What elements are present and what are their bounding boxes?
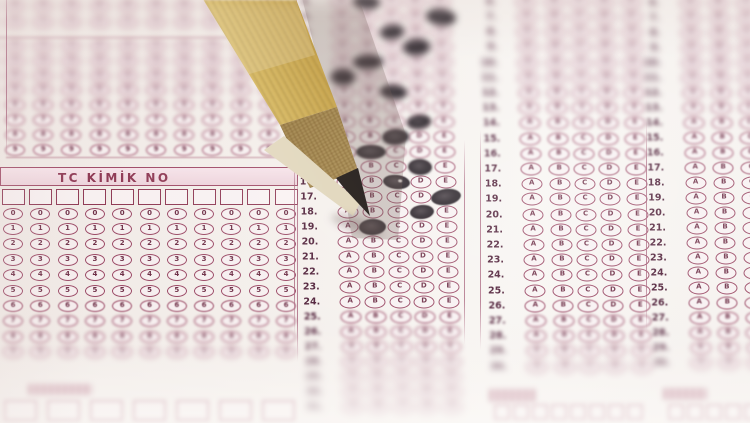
photo-omr-answer-sheet: TC KİMİK NO 0000000000011111111111222222…	[0, 0, 750, 423]
